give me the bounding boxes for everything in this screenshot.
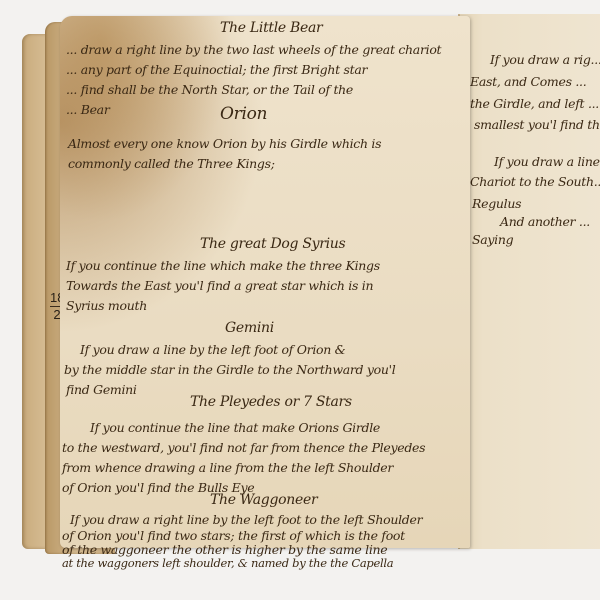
right-line: And another ... — [500, 214, 590, 229]
right-line: smallest you'l find the ... — [474, 117, 600, 132]
left-page: The Little Bear ... draw a right line by… — [60, 16, 470, 548]
text-line: If you draw a line by the left foot of O… — [80, 342, 346, 357]
text-line: ... find shall be the North Star, or the… — [66, 82, 353, 97]
right-line: If you draw a rig... — [490, 52, 600, 67]
text-line: Almost every one know Orion by his Girdl… — [68, 136, 381, 151]
manuscript-photo: 18 2 If you draw a rig... East, and Come… — [0, 0, 600, 600]
section-heading: Gemini — [225, 320, 274, 336]
text-line: ... draw a right line by the two last wh… — [66, 42, 441, 57]
right-line: Saying — [472, 232, 513, 247]
text-line: If you continue the line which make the … — [66, 258, 380, 273]
text-line: Syrius mouth — [66, 298, 147, 313]
text-line: Towards the East you'l find a great star… — [66, 278, 373, 293]
text-line: commonly called the Three Kings; — [68, 156, 275, 171]
text-line: If you draw a right line by the left foo… — [70, 512, 422, 527]
text-line: find Gemini — [66, 382, 137, 397]
text-line: ... any part of the Equinoctial; the fir… — [66, 62, 367, 77]
right-page: If you draw a rig... East, and Comes ...… — [458, 14, 600, 549]
text-line: of Orion you'l find two stars; the first… — [62, 528, 405, 543]
text-line: If you continue the line that make Orion… — [90, 420, 380, 435]
text-line: of the waggoneer the other is higher by … — [62, 542, 387, 557]
section-heading: The Pleyedes or 7 Stars — [190, 394, 352, 410]
right-line: East, and Comes ... — [470, 74, 586, 89]
section-heading: The great Dog Syrius — [200, 236, 345, 252]
text-line: to the westward, you'l find not far from… — [62, 440, 425, 455]
text-line: by the middle star in the Girdle to the … — [64, 362, 396, 377]
text-line: ... Bear — [66, 102, 110, 117]
right-line: Chariot to the South... — [470, 174, 600, 189]
text-line: at the waggoners left shoulder, & named … — [62, 556, 393, 570]
text-line: from whence drawing a line from the the … — [62, 460, 393, 475]
right-line: the Girdle, and left ... — [470, 96, 599, 111]
section-heading: Orion — [220, 104, 267, 124]
right-line: If you draw a line ... — [494, 154, 600, 169]
right-line: Regulus — [472, 196, 521, 211]
section-heading: The Waggoneer — [210, 492, 317, 508]
section-heading: The Little Bear — [220, 20, 322, 36]
